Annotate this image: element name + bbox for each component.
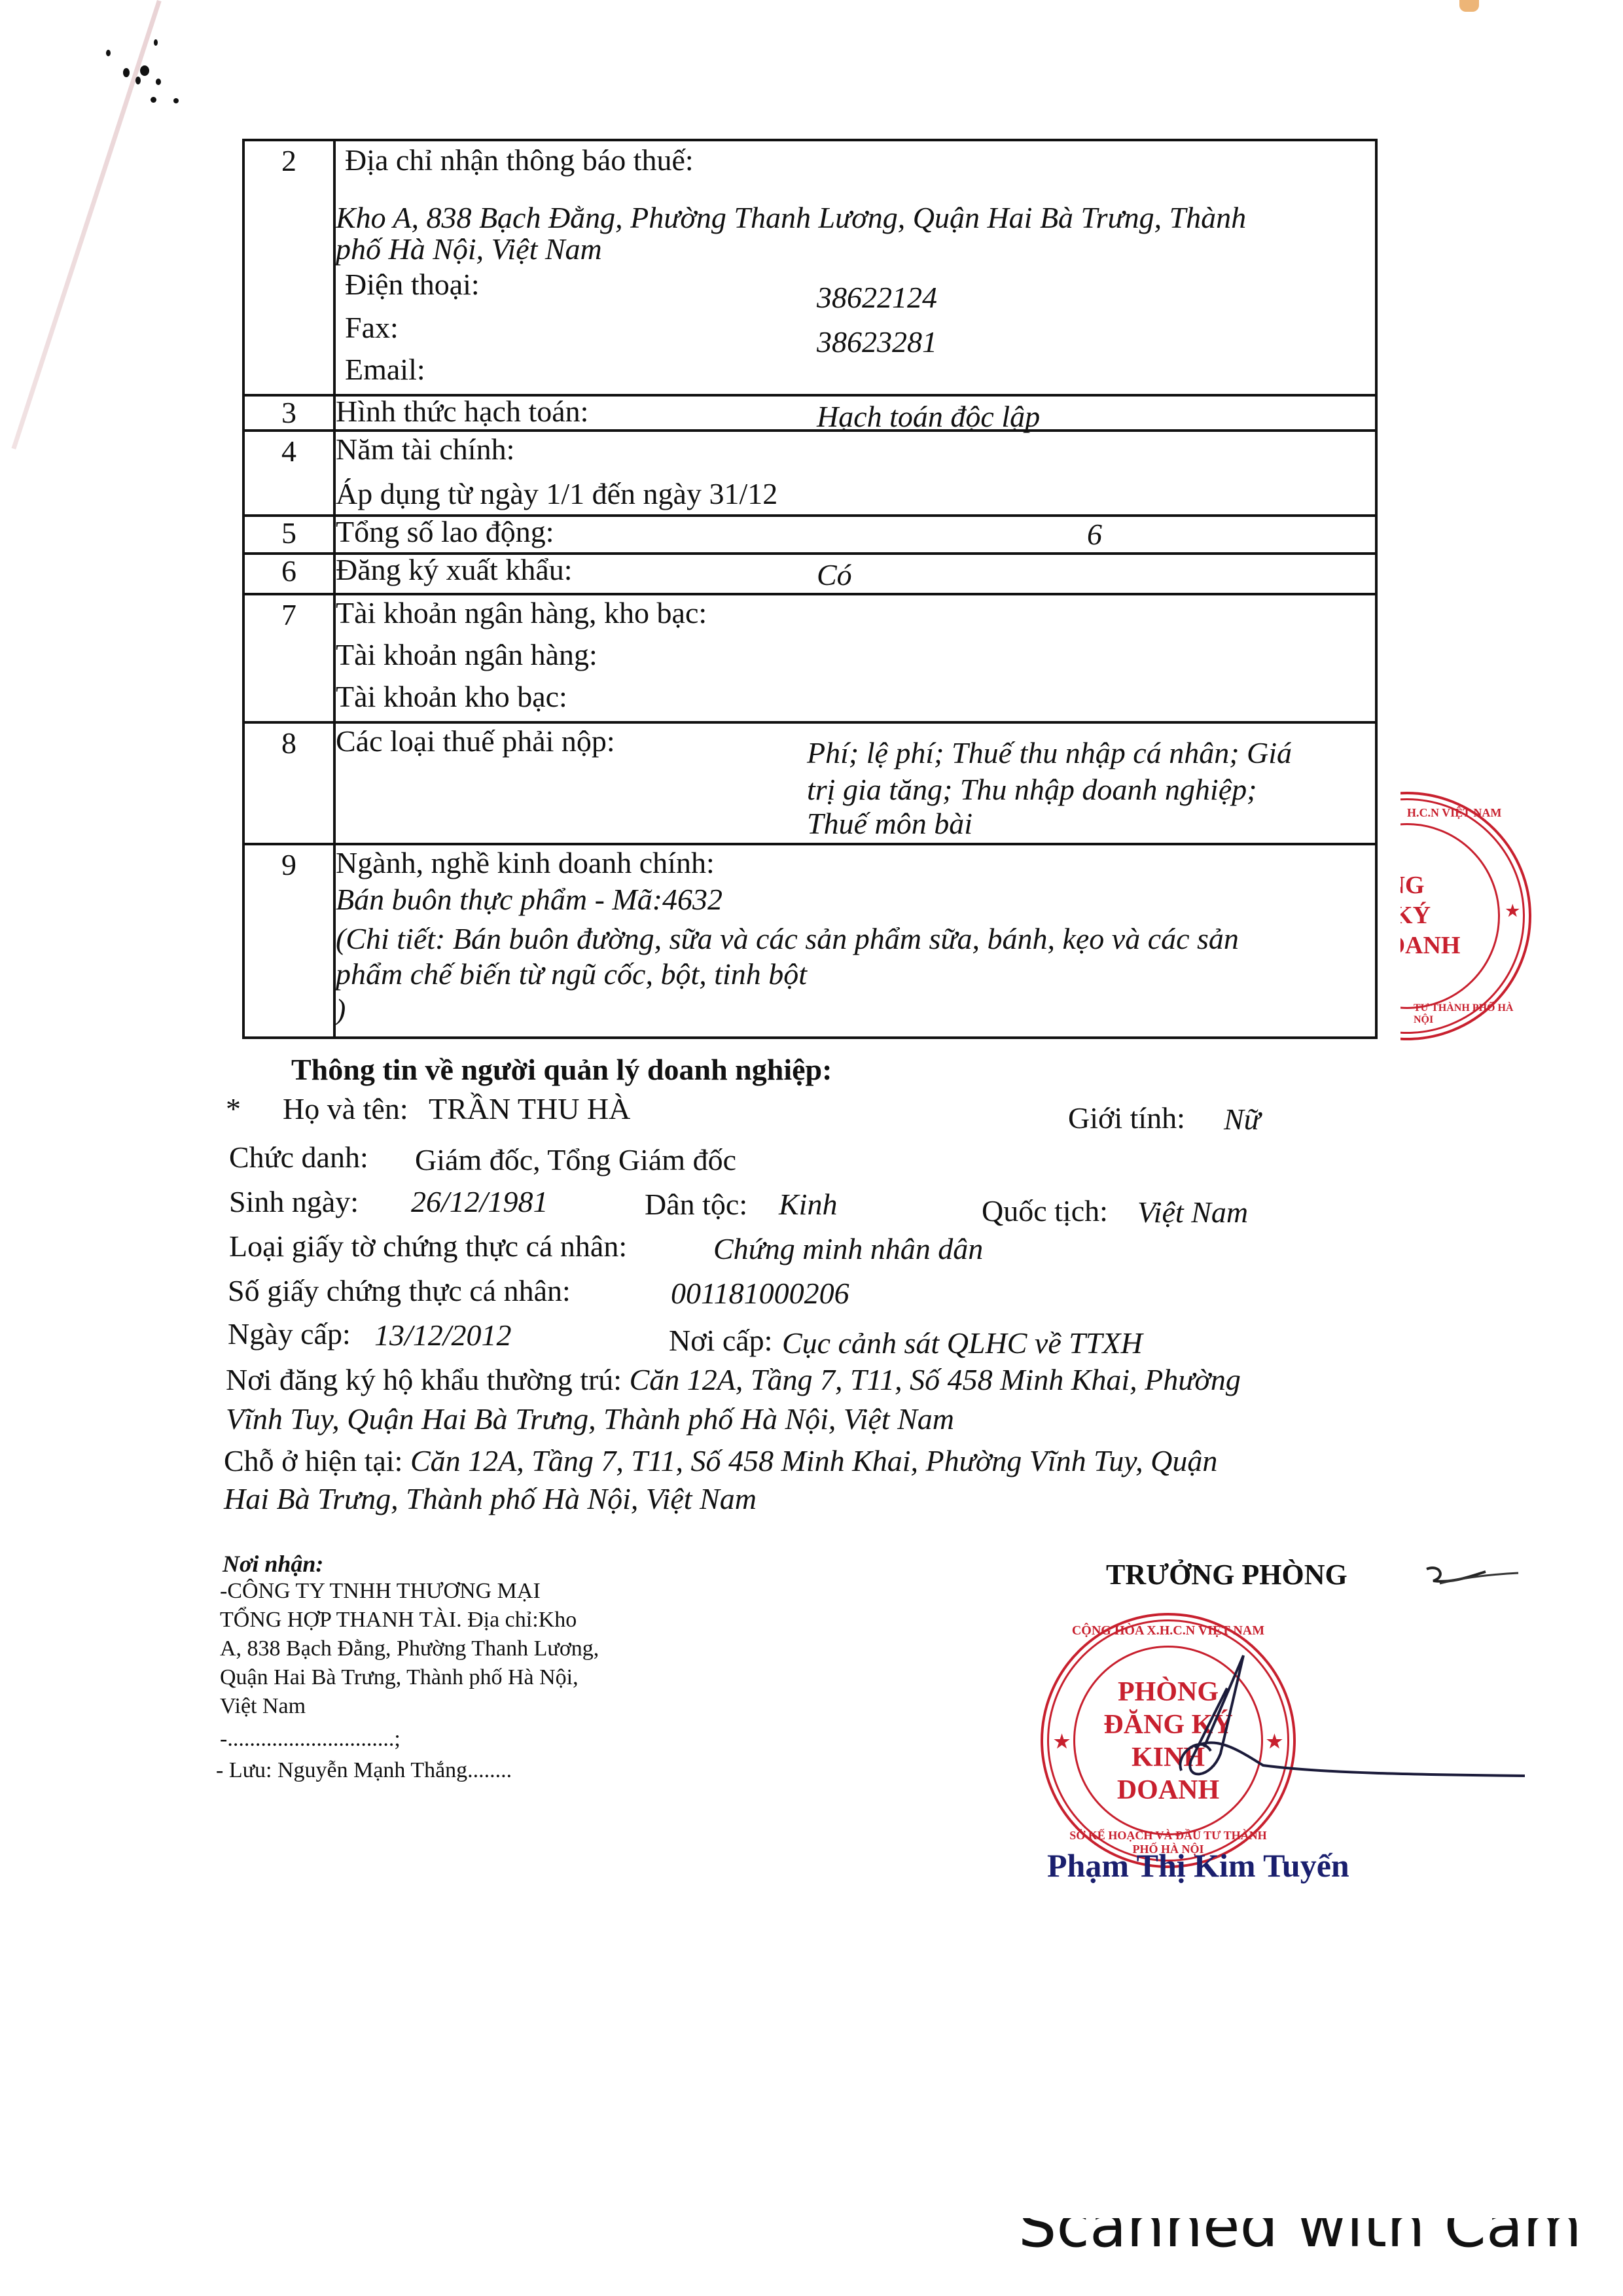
row-label: Hình thức hạch toán: — [336, 394, 588, 429]
scan-speck — [156, 79, 161, 85]
issue-place-label: Nơi cấp: — [669, 1322, 772, 1360]
scan-speck — [140, 65, 149, 76]
id-number-label: Số giấy chứng thực cá nhân: — [228, 1272, 571, 1310]
nationality-label: Quốc tịch: — [982, 1192, 1108, 1230]
row-number: 9 — [245, 845, 336, 1036]
business-line: phẩm chế biến từ ngũ cốc, bột, tinh bột — [336, 955, 807, 993]
permanent-address-line: Vĩnh Tuy, Quận Hai Bà Trưng, Thành phố H… — [226, 1400, 954, 1438]
stamp-line: DOANH — [1400, 930, 1460, 961]
recipients-heading: Nơi nhận: — [223, 1549, 323, 1578]
tax-types-line: Phí; lệ phí; Thuế thu nhập cá nhân; Giá — [807, 734, 1292, 772]
bank-account-label: Tài khoản ngân hàng: — [336, 636, 597, 674]
recipient-line: - Lưu: Nguyễn Mạnh Thắng........ — [216, 1756, 512, 1785]
table-row: 7 Tài khoản ngân hàng, kho bạc: Tài khoả… — [242, 593, 1378, 721]
business-line: ) — [336, 991, 346, 1029]
row-value: Có — [817, 557, 852, 593]
tax-address-line: phố Hà Nội, Việt Nam — [336, 230, 602, 268]
row-label: Ngành, nghề kinh doanh chính: — [336, 844, 715, 882]
permanent-address: Nơi đăng ký hộ khẩu thường trú: Căn 12A,… — [226, 1361, 1241, 1399]
name-label: Họ và tên: — [283, 1090, 408, 1128]
scanner-watermark: Scanned with Cam — [1018, 2218, 1623, 2251]
permanent-address-line: Căn 12A, Tầng 7, T11, Số 458 Minh Khai, … — [630, 1363, 1241, 1396]
scan-speck — [135, 77, 141, 84]
stamp-line: G KÝ — [1400, 900, 1460, 930]
stamp-line: ÒNG — [1400, 870, 1460, 900]
scan-speck — [154, 39, 158, 46]
table-row: 8 Các loại thuế phải nộp: Phí; lệ phí; T… — [242, 721, 1378, 843]
recipient-line: A, 838 Bạch Đằng, Phường Thanh Lương, — [220, 1634, 599, 1663]
nationality-value: Việt Nam — [1137, 1193, 1248, 1231]
row-label: Các loại thuế phải nộp: — [336, 722, 615, 760]
row-label: Tài khoản ngân hàng, kho bạc: — [336, 594, 707, 632]
title-label: Chức danh: — [229, 1139, 368, 1176]
row-label: Đăng ký xuất khẩu: — [336, 552, 573, 588]
table-row: 3 Hình thức hạch toán: Hạch toán độc lập — [242, 394, 1378, 429]
id-type-value: Chứng minh nhân dân — [713, 1230, 983, 1268]
current-address-line: Hai Bà Trưng, Thành phố Hà Nội, Việt Nam — [224, 1480, 757, 1518]
manager-heading: Thông tin về người quản lý doanh nghiệp: — [291, 1051, 832, 1089]
scan-speck — [173, 98, 179, 103]
ethnicity-value: Kinh — [779, 1186, 837, 1224]
stamp-center-text: ÒNG G KÝ DOANH — [1400, 870, 1460, 961]
row-number: 4 — [245, 432, 336, 514]
dob-label: Sinh ngày: — [229, 1183, 359, 1221]
scan-speck — [123, 68, 130, 77]
current-address-label: Chỗ ở hiện tại: — [224, 1444, 402, 1477]
table-row: 9 Ngành, nghề kinh doanh chính: Bán buôn… — [242, 843, 1378, 1039]
business-line: Bán buôn thực phẩm - Mã:4632 — [336, 881, 722, 919]
id-type-label: Loại giấy tờ chứng thực cá nhân: — [229, 1227, 627, 1265]
bullet: * — [226, 1090, 241, 1128]
scan-speck — [106, 50, 111, 56]
phone-value: 38622124 — [817, 279, 937, 317]
recipient-line: -..............................; — [220, 1725, 401, 1754]
issue-place-value: Cục cảnh sát QLHC về TTXH — [782, 1324, 1143, 1362]
ethnicity-label: Dân tộc: — [645, 1186, 747, 1224]
current-address-line: Căn 12A, Tầng 7, T11, Số 458 Minh Khai, … — [410, 1444, 1217, 1477]
recipient-line: Quận Hai Bà Trưng, Thành phố Hà Nội, — [220, 1663, 579, 1692]
row-label: Năm tài chính: — [336, 431, 514, 468]
gender-label: Giới tính: — [1068, 1099, 1185, 1137]
table-row: 2 Địa chỉ nhận thông báo thuế: Kho A, 83… — [242, 139, 1378, 394]
stamp-ring-top: H.C.N VIỆT NAM — [1407, 806, 1501, 820]
tax-types-line: Thuế môn bài — [807, 805, 972, 843]
row-number: 2 — [245, 141, 336, 394]
signer-name: Phạm Thị Kim Tuyến — [1047, 1846, 1349, 1884]
row-number: 7 — [245, 595, 336, 721]
fax-value: 38623281 — [817, 323, 937, 361]
scan-scratch-mark — [12, 0, 162, 450]
row-label: Địa chỉ nhận thông báo thuế: — [345, 141, 694, 179]
row-number: 3 — [245, 397, 336, 429]
name-value: TRẦN THU HÀ — [429, 1090, 630, 1128]
issue-date-label: Ngày cấp: — [228, 1315, 351, 1353]
tax-types-line: trị gia tăng; Thu nhập doanh nghiệp; — [807, 771, 1257, 809]
id-number-value: 001181000206 — [671, 1275, 849, 1313]
row-number: 8 — [245, 724, 336, 843]
treasury-account-label: Tài khoản kho bạc: — [336, 678, 567, 716]
row-number: 6 — [245, 555, 336, 593]
table-row: 6 Đăng ký xuất khẩu: Có — [242, 552, 1378, 593]
fax-label: Fax: — [345, 309, 399, 347]
permanent-address-label: Nơi đăng ký hộ khẩu thường trú: — [226, 1363, 622, 1396]
gender-value: Nữ — [1224, 1101, 1260, 1139]
row-value: Áp dụng từ ngày 1/1 đến ngày 31/12 — [336, 475, 777, 513]
star-icon: ★ — [1505, 902, 1520, 921]
recipient-line: Việt Nam — [220, 1692, 306, 1721]
recipient-line: TỔNG HỢP THANH TÀI. Địa chỉ:Kho — [220, 1606, 577, 1634]
row-number: 5 — [245, 517, 336, 552]
row-value: 6 — [1087, 517, 1102, 552]
recipient-line: -CÔNG TY TNHH THƯƠNG MẠI — [220, 1577, 541, 1606]
current-address: Chỗ ở hiện tại: Căn 12A, Tầng 7, T11, Số… — [224, 1442, 1217, 1480]
title-value: Giám đốc, Tổng Giám đốc — [415, 1141, 736, 1179]
handwritten-signature — [1047, 1557, 1544, 1819]
dob-value: 26/12/1981 — [411, 1183, 548, 1221]
scan-orange-corner — [1459, 0, 1479, 12]
table-row: 5 Tổng số lao động: 6 — [242, 514, 1378, 552]
business-line: (Chi tiết: Bán buôn đường, sữa và các sả… — [336, 920, 1239, 958]
email-label: Email: — [345, 351, 425, 389]
table-row: 4 Năm tài chính: Áp dụng từ ngày 1/1 đến… — [242, 429, 1378, 514]
issue-date-value: 13/12/2012 — [374, 1316, 512, 1354]
partial-stamp-clip: ÒNG G KÝ DOANH H.C.N VIỆT NAM TƯ THÀNH P… — [1400, 792, 1531, 1040]
scan-speck — [151, 97, 156, 103]
phone-label: Điện thoại: — [345, 266, 480, 304]
stamp-ring-bottom: TƯ THÀNH PHỐ HÀ NỘI — [1414, 1002, 1531, 1026]
row-label: Tổng số lao động: — [336, 514, 554, 550]
watermark-text: Scanned with Cam — [1018, 2218, 1582, 2251]
